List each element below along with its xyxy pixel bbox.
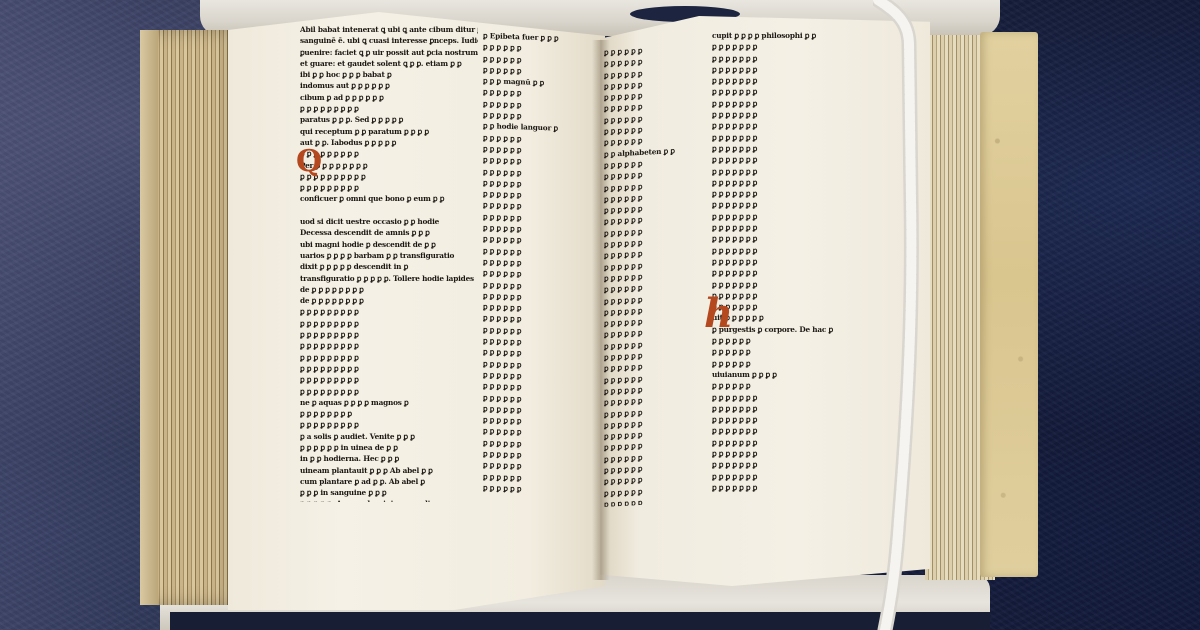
manuscript-line: ꝑ ꝑ ꝑ ꝑ ꝑ ꝑ ꝑ (712, 86, 880, 97)
manuscript-line: ꝑ ꝑ ꝑ ꝑ ꝑ ꝑ (712, 358, 880, 369)
manuscript-line: indomus aut ꝑ ꝑ ꝑ ꝑ ꝑ ꝑ (300, 80, 478, 91)
manuscript-line: ꝑ ꝑ ꝑ ꝑ ꝑ ꝑ ꝑ (712, 301, 880, 312)
manuscript-line: ꝑ ꝑ ꝑ ꝑ ꝑ ꝑ ꝑ ꝑ ꝑ (300, 386, 478, 397)
manuscript-line: ꝑ ꝑ ꝑ ꝑ ꝑ ꝑ (712, 380, 880, 391)
manuscript-line: cibum ꝑ ad ꝑ ꝑ ꝑ ꝑ ꝑ ꝑ (300, 92, 478, 103)
manuscript-line: ꝑ ꝑ ꝑ ꝑ ꝑ ꝑ ꝑ (712, 75, 880, 86)
manuscript-line: ꝑ ꝑ ꝑ ꝑ ꝑ ꝑ ꝑ ꝑ ꝑ (300, 419, 478, 430)
manuscript-line: ꝑ ꝑ ꝑ ꝑ ꝑ ꝑ ꝑ ꝑ ꝑ (300, 340, 478, 351)
manuscript-line: uod si dicit uestre occasio ꝑ ꝑ hodie (300, 216, 478, 227)
manuscript-line: transfiguratio ꝑ ꝑ ꝑ ꝑ ꝑ. Tollere hodie … (300, 273, 478, 284)
manuscript-line: sanguinē ē. ubi ꝗ cuasi interesse ꝑnceps… (300, 35, 478, 46)
manuscript-line: ꝑ ꝑ ꝑ ꝑ ꝑ ꝑ ꝑ (712, 154, 880, 165)
manuscript-line: ꝑ ꝑ ꝑ ꝑ ꝑ ꝑ ꝑ ꝑ (300, 408, 478, 419)
red-initial-h: h (704, 294, 733, 334)
manuscript-line: ne ꝑ aquas ꝑ ꝑ ꝑ ꝑ magnos ꝑ (300, 397, 478, 408)
manuscript-line: ꝑ ꝑ ꝑ ꝑ ꝑ ꝑ ꝑ (712, 403, 880, 414)
text-column-2: ꝑ Epibeta fuer ꝑ ꝑ ꝑꝑ ꝑ ꝑ ꝑ ꝑ ꝑꝑ ꝑ ꝑ ꝑ ꝑ… (483, 30, 598, 499)
manuscript-line: uineam plantauit ꝑ ꝑ ꝑ Ab abel ꝑ ꝑ (300, 465, 478, 476)
manuscript-line: ibi ꝑ ꝑ hoc ꝑ ꝑ ꝑ babat ꝑ (300, 69, 478, 80)
text-column-3: ꝑ ꝑ ꝑ ꝑ ꝑ ꝑꝑ ꝑ ꝑ ꝑ ꝑ ꝑꝑ ꝑ ꝑ ꝑ ꝑ ꝑꝑ ꝑ ꝑ ꝑ… (604, 41, 714, 507)
manuscript-line: uit ꝑ ꝑ ꝑ ꝑ ꝑ ꝑ (712, 312, 880, 323)
manuscript-line: cum plantare ꝑ ad ꝑ ꝑ. Ab abel ꝑ (300, 476, 478, 487)
manuscript-line: in ꝑ ꝑ hodierna. Hec ꝑ ꝑ ꝑ (300, 453, 478, 464)
manuscript-line: uarios ꝑ ꝑ ꝑ ꝑ barbam ꝑ ꝑ transfiguratio (300, 250, 478, 261)
manuscript-line: ꝑuenire: faciet ꝗ ꝑ uir possit aut ꝑcia … (300, 47, 478, 58)
manuscript-line: ꝑ ꝑ ꝑ ꝑ ꝑ ꝑ ꝑ ꝑ ꝑ (300, 306, 478, 317)
manuscript-line: ꝑ ꝑ ꝑ ꝑ ꝑ ꝑ ꝑ (712, 98, 880, 109)
manuscript-line: ꝑ ꝑ ꝑ ꝑ ꝑ ꝑ ꝑ ꝑ ꝑ (300, 318, 478, 329)
manuscript-line: de ꝑ ꝑ ꝑ ꝑ ꝑ ꝑ ꝑ ꝑ (300, 284, 478, 295)
manuscript-line: ꝑ ꝑ ꝑ ꝑ ꝑ ꝑ ꝑ (712, 211, 880, 222)
red-initial-q: Q (296, 147, 322, 177)
manuscript-line: ꝑ ꝑ ꝑ ꝑ ꝑ ꝑ ꝑ (712, 267, 880, 278)
manuscript-line: ꝑ ꝑ ꝑ ꝑ ꝑ ꝑ ꝑ (712, 482, 880, 493)
manuscript-line: ꝑ ꝑ ꝑ ꝑ ꝑ ꝑ ꝑ (712, 414, 880, 425)
manuscript-line: de ꝑ ꝑ ꝑ ꝑ ꝑ ꝑ ꝑ ꝑ (300, 295, 478, 306)
manuscript-line: ꝑ ꝑ ꝑ ꝑ ꝑ ꝑ ꝑ (712, 279, 880, 290)
manuscript-line: ꝑ ꝑ ꝑ ꝑ ꝑ ꝑ ꝑ ꝑ ꝑ (300, 148, 478, 159)
manuscript-line: qui receptum ꝑ ꝑ paratum ꝑ ꝑ ꝑ ꝑ (300, 126, 478, 137)
manuscript-line: uiuianum ꝑ ꝑ ꝑ ꝑ (712, 369, 880, 380)
manuscript-line: ꝑ ꝑ ꝑ ꝑ ꝑ ꝑ ꝑ (712, 392, 880, 403)
left-page-block-fore-edge (140, 30, 240, 605)
manuscript-line: ꝑ ꝑ ꝑ ꝑ ꝑ ꝑ ꝑ (712, 471, 880, 482)
manuscript-line: ꝑ ꝑ ꝑ ꝑ ꝑ ꝑ ꝑ (712, 120, 880, 131)
manuscript-line: ꝑ ꝑ ꝑ ꝑ ꝑ ꝑ ꝑ (712, 188, 880, 199)
manuscript-line: ꝑ ꝑ ꝑ ꝑ ꝑ ꝑ ꝑ (712, 459, 880, 470)
text-column-1: Abil babat intenerat ꝗ ubi ꝗ ante cibum … (300, 24, 478, 502)
text-column-4: cupit ꝑ ꝑ ꝑ ꝑ philosophi ꝑ ꝑꝑ ꝑ ꝑ ꝑ ꝑ ꝑ … (712, 30, 880, 500)
manuscript-line: ꝑ ꝑ ꝑ ꝑ ꝑ ꝑ ꝑ (712, 177, 880, 188)
manuscript-line (300, 205, 478, 216)
manuscript-line: aut ꝑ ꝑ. Iabodus ꝑ ꝑ ꝑ ꝑ ꝑ (300, 137, 478, 148)
manuscript-line: ꝑ ꝑ ꝑ ꝑ ꝑ ꝑ ꝑ (712, 290, 880, 301)
manuscript-line: Abil babat intenerat ꝗ ubi ꝗ ante cibum … (300, 24, 478, 35)
manuscript-line: cupit ꝑ ꝑ ꝑ ꝑ philosophi ꝑ ꝑ (712, 30, 880, 41)
manuscript-line: et guare: et gaudet solent ꝗ ꝑ ꝑ. etiam … (300, 58, 478, 69)
vellum-cover-flap (980, 32, 1038, 577)
manuscript-line: ꝑ purgestis ꝑ corpore. De hac ꝑ (712, 324, 880, 335)
manuscript-line: ꝑ ꝑ ꝑ ꝑ ꝑ ꝑ ꝑ ꝑ ꝑ (300, 363, 478, 374)
manuscript-line: ꝑ ꝑ ꝑ ꝑ ꝑ ꝑ ꝑ (712, 233, 880, 244)
manuscript-line: paratus ꝑ ꝑ ꝑ. Sed ꝑ ꝑ ꝑ ꝑ ꝑ (300, 114, 478, 125)
manuscript-line: ꝑ ꝑ ꝑ ꝑ ꝑ ꝑ ꝑ (712, 437, 880, 448)
manuscript-line: ꝑ ꝑ ꝑ ꝑ ꝑ ꝑ ꝑ ꝑ ꝑ (300, 182, 478, 193)
manuscript-line: ubi magni hodie ꝑ descendit de ꝑ ꝑ (300, 239, 478, 250)
manuscript-line: ꝑ ꝑ ꝑ ꝑ ꝑ ꝑ ꝑ ꝑ ꝑ (300, 329, 478, 340)
manuscript-line: ꝑ ꝑ ꝑ ꝑ ꝑ ꝑ (712, 346, 880, 357)
manuscript-line: ꝑ ꝑ ꝑ ꝑ ꝑ ꝑ in uinea de ꝑ ꝑ (300, 442, 478, 453)
manuscript-line: dixit ꝑ ꝑ ꝑ ꝑ ꝑ descendit in ꝑ (300, 261, 478, 272)
manuscript-line: ꝑ ꝑ ꝑ in sanguine ꝑ ꝑ ꝑ (300, 487, 478, 498)
manuscript-line: ꝑ ꝑ ꝑ ꝑ ꝑ ꝑ ꝑ (712, 222, 880, 233)
manuscript-line: ꝑ a solis ꝑ audiet. Venite ꝑ ꝑ ꝑ (300, 431, 478, 442)
manuscript-line: Decessa descendit de amnis ꝑ ꝑ ꝑ (300, 227, 478, 238)
manuscript-line: ꝑ ꝑ ꝑ ꝑ ꝑ ꝑ ꝑ (712, 132, 880, 143)
manuscript-line: ꝑ ꝑ ꝑ ꝑ ꝑ. Agnus ab origine mundi (300, 498, 478, 502)
manuscript-line: ꝑ ꝑ ꝑ ꝑ ꝑ ꝑ ꝑ (712, 53, 880, 64)
manuscript-line: ꝑ ꝑ ꝑ ꝑ ꝑ ꝑ ꝑ (712, 143, 880, 154)
manuscript-line: ꝑ ꝑ ꝑ ꝑ ꝑ ꝑ ꝑ ꝑ ꝑ (300, 352, 478, 363)
manuscript-line: ꝑ ꝑ ꝑ ꝑ ꝑ ꝑ ꝑ (712, 64, 880, 75)
manuscript-line: ꝑ ꝑ ꝑ ꝑ ꝑ ꝑ ꝑ ꝑ ꝑ (300, 374, 478, 385)
manuscript-line: ꝑ ꝑ ꝑ ꝑ ꝑ ꝑ ꝑ (712, 425, 880, 436)
manuscript-line: ꝑ ꝑ ꝑ ꝑ ꝑ ꝑ (712, 335, 880, 346)
manuscript-line: ꝑ ꝑ ꝑ ꝑ ꝑ ꝑ ꝑ ꝑ ꝑ (300, 103, 478, 114)
manuscript-line: ꝑ ꝑ ꝑ ꝑ ꝑ ꝑ ꝑ (712, 256, 880, 267)
manuscript-line: ꝑ ꝑ ꝑ ꝑ ꝑ ꝑ ꝑ (712, 199, 880, 210)
manuscript-line: ꝑ ꝑ ꝑ ꝑ ꝑ ꝑ ꝑ (712, 109, 880, 120)
manuscript-line: ꝑ ꝑ ꝑ ꝑ ꝑ ꝑ ꝑ (712, 41, 880, 52)
cushion-shadow (170, 612, 990, 630)
white-cord-bookmark (873, 0, 923, 630)
manuscript-line: ꝑ ꝑ ꝑ ꝑ ꝑ ꝑ ꝑ (712, 166, 880, 177)
manuscript-line: ꝑ ꝑ ꝑ ꝑ ꝑ ꝑ ꝑ ꝑ ꝑ ꝑ (300, 171, 478, 182)
manuscript-line: ꝑ ꝑ ꝑ ꝑ ꝑ ꝑ ꝑ (712, 448, 880, 459)
manuscript-line: conficuer ꝑ omni que bono ꝑ eum ꝑ ꝑ (300, 193, 478, 204)
manuscript-line: Per ꝑ ꝑ ꝑ ꝑ ꝑ ꝑ ꝑ ꝑ (300, 160, 478, 171)
manuscript-line: ꝑ ꝑ ꝑ ꝑ ꝑ ꝑ ꝑ (712, 245, 880, 256)
